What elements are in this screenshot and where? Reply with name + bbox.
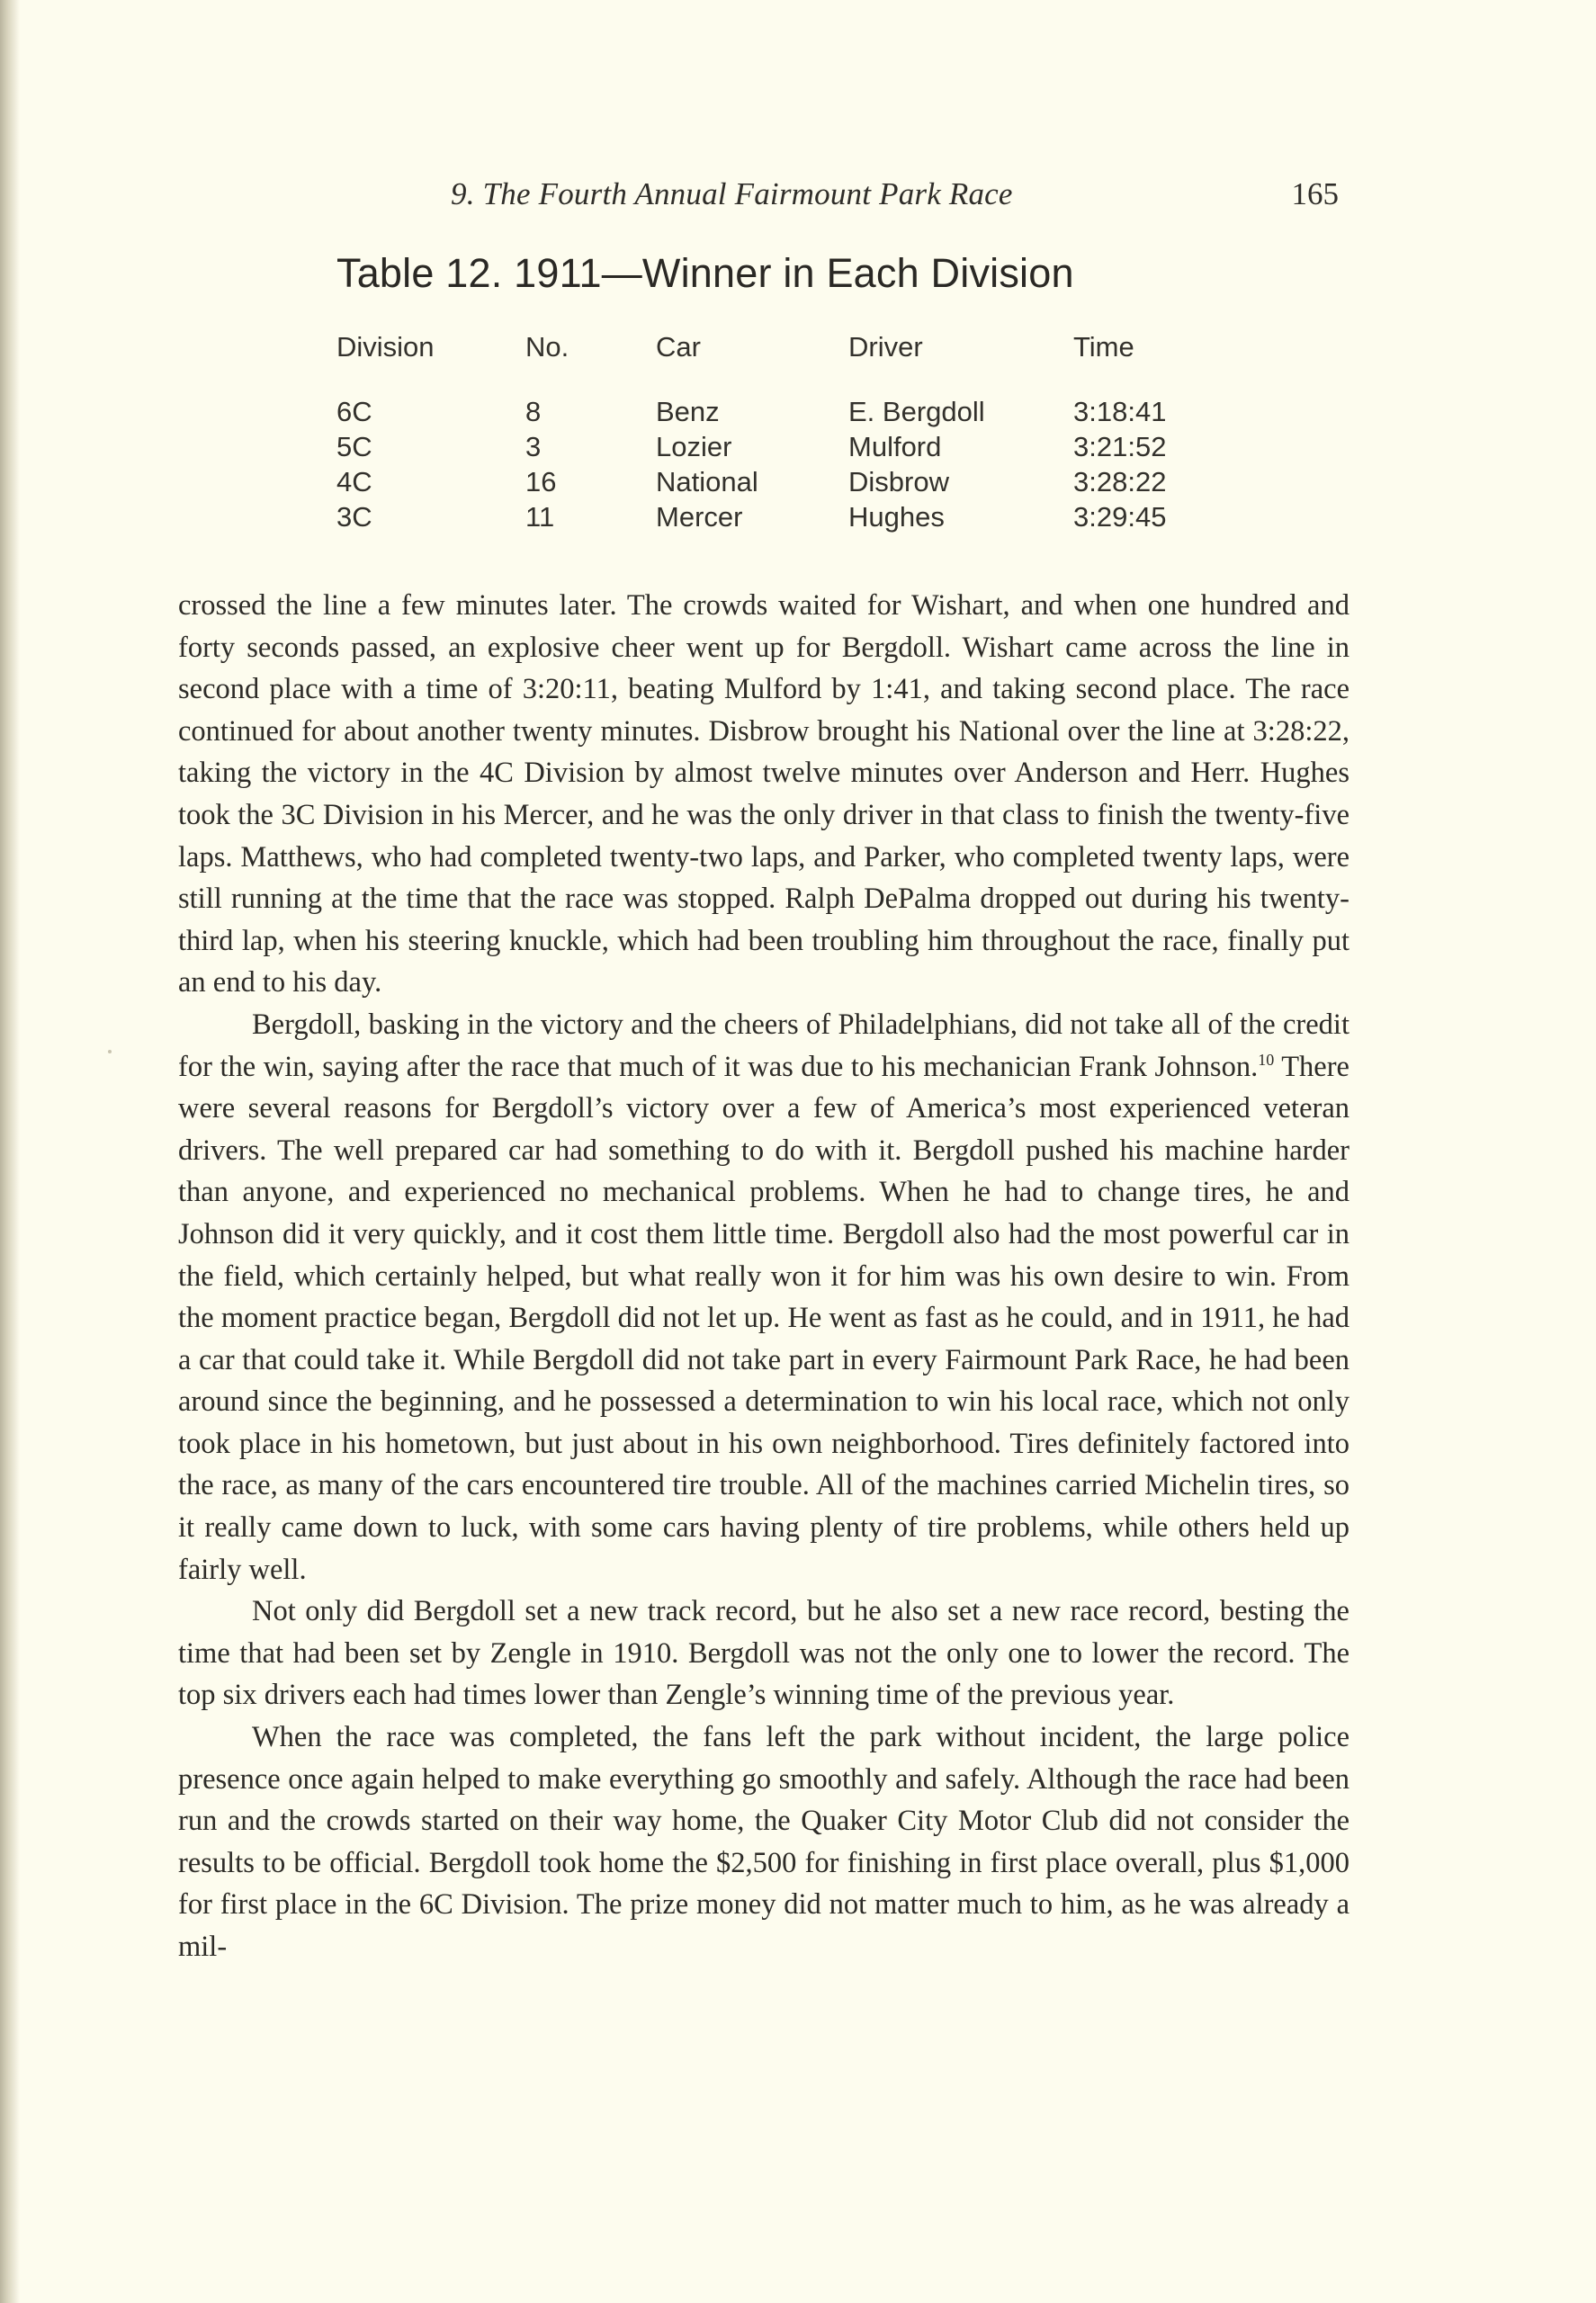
cell-driver: Mulford	[848, 429, 1073, 464]
column-header-driver: Driver	[848, 331, 1073, 394]
column-header-number: No.	[525, 331, 656, 394]
division-winners-table: Division No. Car Driver Time 6C 8 Benz E…	[336, 331, 1199, 534]
cell-time: 3:21:52	[1073, 429, 1199, 464]
table-header-row: Division No. Car Driver Time	[336, 331, 1199, 394]
cell-division: 3C	[336, 499, 525, 534]
book-spine-shadow	[0, 0, 20, 2303]
table-row: 4C 16 National Disbrow 3:28:22	[336, 464, 1199, 499]
page-number: 165	[1292, 176, 1340, 212]
cell-car: Mercer	[656, 499, 848, 534]
table-row: 5C 3 Lozier Mulford 3:21:52	[336, 429, 1199, 464]
running-title: 9. The Fourth Annual Fairmount Park Race	[451, 176, 1013, 212]
cell-car: National	[656, 464, 848, 499]
paragraph: crossed the line a few minutes later. Th…	[178, 585, 1349, 1004]
table-row: 6C 8 Benz E. Bergdoll 3:18:41	[336, 394, 1199, 429]
cell-division: 6C	[336, 394, 525, 429]
column-header-car: Car	[656, 331, 848, 394]
cell-time: 3:28:22	[1073, 464, 1199, 499]
paragraph-text: Bergdoll, basking in the victory and the…	[178, 1008, 1349, 1083]
table-row: 3C 11 Mercer Hughes 3:29:45	[336, 499, 1199, 534]
table-title: Table 12. 1911—Winner in Each Division	[336, 250, 1074, 297]
cell-number: 11	[525, 499, 656, 534]
cell-division: 4C	[336, 464, 525, 499]
paragraph-text: There were several reasons for Bergdoll’…	[178, 1051, 1349, 1586]
cell-driver: Hughes	[848, 499, 1073, 534]
cell-number: 16	[525, 464, 656, 499]
body-text: crossed the line a few minutes later. Th…	[178, 585, 1349, 1968]
cell-car: Benz	[656, 394, 848, 429]
paragraph: When the race was completed, the fans le…	[178, 1716, 1349, 1968]
cell-number: 3	[525, 429, 656, 464]
cell-division: 5C	[336, 429, 525, 464]
cell-driver: E. Bergdoll	[848, 394, 1073, 429]
cell-number: 8	[525, 394, 656, 429]
paragraph: Bergdoll, basking in the victory and the…	[178, 1004, 1349, 1591]
column-header-time: Time	[1073, 331, 1199, 394]
footnote-reference: 10	[1258, 1051, 1274, 1069]
column-header-division: Division	[336, 331, 525, 394]
running-head: 9. The Fourth Annual Fairmount Park Race…	[178, 176, 1349, 221]
paper-speck	[108, 1050, 112, 1053]
cell-time: 3:29:45	[1073, 499, 1199, 534]
cell-time: 3:18:41	[1073, 394, 1199, 429]
cell-driver: Disbrow	[848, 464, 1073, 499]
paragraph: Not only did Bergdoll set a new track re…	[178, 1591, 1349, 1716]
cell-car: Lozier	[656, 429, 848, 464]
